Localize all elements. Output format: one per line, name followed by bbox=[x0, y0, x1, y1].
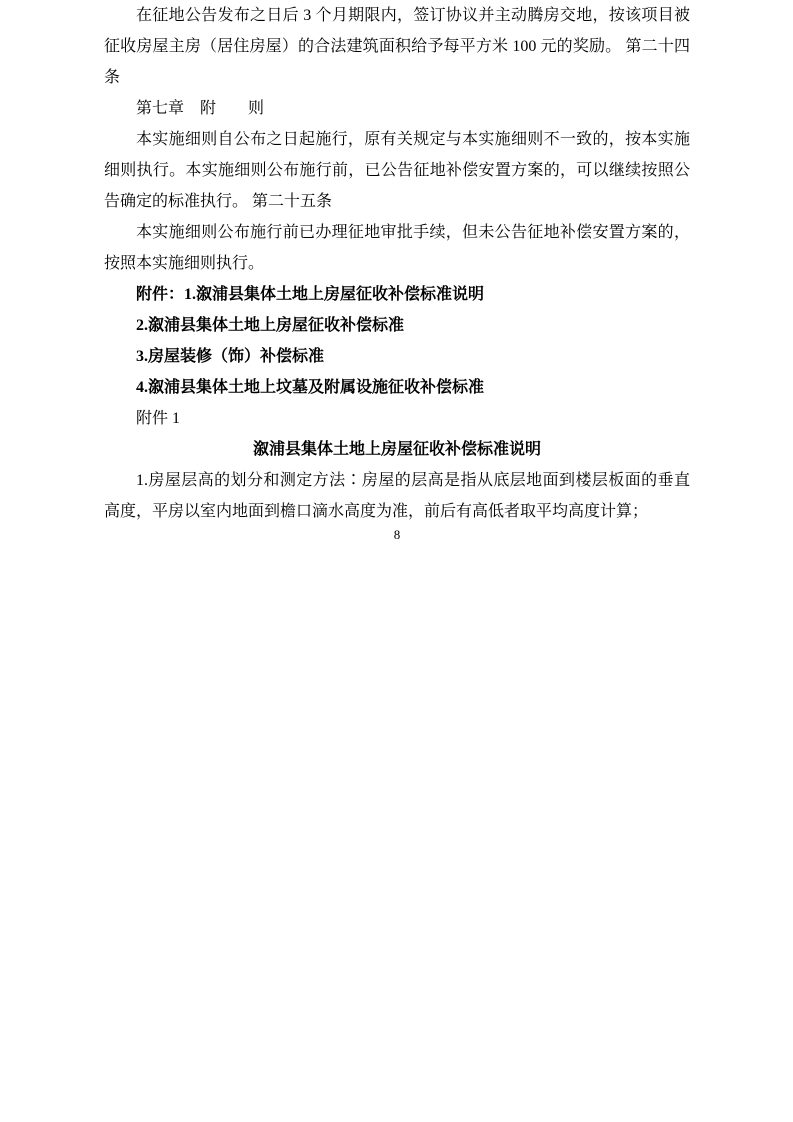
attachment-item-3: 3.房屋装修（饰）补偿标准 bbox=[104, 341, 690, 372]
paragraph-relocation-reward: 在征地公告发布之日后 3 个月期限内，签订协议并主动腾房交地，按该项目被征收房屋… bbox=[104, 0, 690, 93]
attachment-item-4: 4.溆浦县集体土地上坟墓及附属设施征收补偿标准 bbox=[104, 372, 690, 403]
attachment-list: 附件：1.溆浦县集体土地上房屋征收补偿标准说明 2.溆浦县集体土地上房屋征收补偿… bbox=[104, 279, 690, 403]
chapter-7-heading: 第七章 附 则 bbox=[104, 93, 690, 124]
attachment-item-1: 附件：1.溆浦县集体土地上房屋征收补偿标准说明 bbox=[104, 279, 690, 310]
document-page: 在征地公告发布之日后 3 个月期限内，签订协议并主动腾房交地，按该项目被征收房屋… bbox=[0, 0, 793, 1122]
paragraph-floor-height-definition: 1.房屋层高的划分和测定方法∶房屋的层高是指从底层地面到楼层板面的垂直高度，平房… bbox=[104, 465, 690, 527]
paragraph-effective-date: 本实施细则自公布之日起施行，原有关规定与本实施细则不一致的，按本实施细则执行。本… bbox=[104, 124, 690, 217]
document-content: 在征地公告发布之日后 3 个月期限内，签订协议并主动腾房交地，按该项目被征收房屋… bbox=[0, 0, 793, 542]
annex-1-label: 附件 1 bbox=[104, 403, 690, 434]
annex-1-title: 溆浦县集体土地上房屋征收补偿标准说明 bbox=[104, 434, 690, 465]
paragraph-prior-approval: 本实施细则公布施行前已办理征地审批手续，但未公告征地补偿安置方案的，按照本实施细… bbox=[104, 217, 690, 279]
attachment-item-2: 2.溆浦县集体土地上房屋征收补偿标准 bbox=[104, 310, 690, 341]
page-number: 8 bbox=[104, 527, 690, 542]
